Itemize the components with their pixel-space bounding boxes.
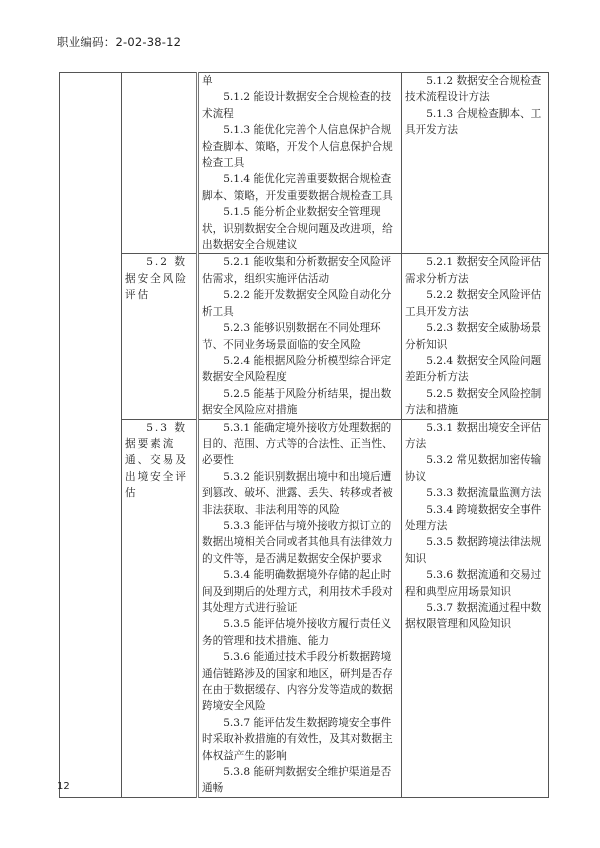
work-unit-cell — [122, 73, 198, 254]
skill-item: 5.2.4 能根据风险分析模型综合评定数据安全风险程度 — [202, 353, 398, 386]
skill-item: 5.3.6 能通过技术手段分析数据跨境通信链路涉及的国家和地区，研判是否存在由于… — [202, 649, 398, 715]
skill-item: 5.1.4 能优化完善重要数据合规检查脚本、策略，开发重要数据合规检查工具 — [202, 171, 398, 204]
skills-cell: 单 5.1.2 能设计数据安全合规检查的技术流程 5.1.3 能优化完善个人信息… — [198, 73, 402, 254]
knowledge-cell: 5.3.1 数据出境安全评估方法 5.3.2 常见数据加密传输协议 5.3.3 … — [402, 419, 549, 797]
knowledge-item: 5.2.1 数据安全风险评估需求分析方法 — [405, 254, 545, 287]
occupation-function-cell — [60, 73, 122, 798]
work-unit-cell: 5.2 数据安全风险评估 — [122, 254, 198, 419]
knowledge-item: 5.1.3 合规检查脚本、工具开发方法 — [405, 106, 545, 139]
knowledge-item: 5.3.1 数据出境安全评估方法 — [405, 420, 545, 453]
knowledge-item: 5.3.4 跨境数据安全事件处理方法 — [405, 502, 545, 535]
skill-item: 5.3.4 能明确数据境外存储的起止时间及到期后的处理方式，利用技术手段对其处理… — [202, 567, 398, 616]
skill-item: 5.3.3 能评估与境外接收方拟订立的数据出境相关合同或者其他具有法律效力的文件… — [202, 518, 398, 567]
skill-item: 5.3.8 能研判数据安全维护渠道是否通畅 — [202, 764, 398, 797]
knowledge-item: 5.3.3 数据流量监测方法 — [405, 485, 545, 501]
knowledge-cell: 5.2.1 数据安全风险评估需求分析方法 5.2.2 数据安全风险评估工具开发方… — [402, 254, 549, 419]
skill-item: 5.2.3 能够识别数据在不同处理环节、不同业务场景面临的安全风险 — [202, 320, 398, 353]
knowledge-item: 5.2.2 数据安全风险评估工具开发方法 — [405, 287, 545, 320]
knowledge-cell: 5.1.2 数据安全合规检查技术流程设计方法 5.1.3 合规检查脚本、工具开发… — [402, 73, 549, 254]
work-unit-title: 5.3 数据要素流通、交易及出境安全评估 — [125, 420, 193, 502]
knowledge-item: 5.3.2 常见数据加密传输协议 — [405, 452, 545, 485]
skill-item: 5.3.5 能评估境外接收方履行责任义务的管理和技术措施、能力 — [202, 616, 398, 649]
work-unit-cell: 5.3 数据要素流通、交易及出境安全评估 — [122, 419, 198, 797]
table-row: 5.3 数据要素流通、交易及出境安全评估 5.3.1 能确定境外接收方处理数据的… — [60, 419, 549, 797]
knowledge-item: 5.2.3 数据安全威胁场景分析知识 — [405, 320, 545, 353]
skill-item: 5.1.5 能分析企业数据安全管理现状，识别数据安全合规问题及改进项，给出数据安… — [202, 204, 398, 253]
table-row: 5.2 数据安全风险评估 5.2.1 能收集和分析数据安全风险评估需求，组织实施… — [60, 254, 549, 419]
page-number: 12 — [57, 781, 70, 792]
work-unit-title: 5.2 数据安全风险评估 — [125, 254, 193, 303]
table-row: 单 5.1.2 能设计数据安全合规检查的技术流程 5.1.3 能优化完善个人信息… — [60, 73, 549, 254]
knowledge-item: 5.3.6 数据流通和交易过程和典型应用场景知识 — [405, 567, 545, 600]
knowledge-item: 5.2.4 数据安全风险问题差距分析方法 — [405, 353, 545, 386]
knowledge-item: 5.3.5 数据跨境法律法规知识 — [405, 534, 545, 567]
skills-cell: 5.2.1 能收集和分析数据安全风险评估需求，组织实施评估活动 5.2.2 能开… — [198, 254, 402, 419]
skill-item: 5.2.2 能开发数据安全风险自动化分析工具 — [202, 287, 398, 320]
skill-item: 5.2.1 能收集和分析数据安全风险评估需求，组织实施评估活动 — [202, 254, 398, 287]
skill-item: 5.3.7 能评估发生数据跨境安全事件时采取补救措施的有效性，及其对数据主体权益… — [202, 715, 398, 764]
knowledge-item: 5.3.7 数据流通过程中数据权限管理和风险知识 — [405, 600, 545, 633]
knowledge-item: 5.2.5 数据安全风险控制方法和措施 — [405, 386, 545, 419]
standard-table: 单 5.1.2 能设计数据安全合规检查的技术流程 5.1.3 能优化完善个人信息… — [59, 72, 549, 798]
skill-item: 5.1.2 能设计数据安全合规检查的技术流程 — [202, 89, 398, 122]
skills-cell: 5.3.1 能确定境外接收方处理数据的目的、范围、方式等的合法性、正当性、必要性… — [198, 419, 402, 797]
skill-item: 5.1.3 能优化完善个人信息保护合规检查脚本、策略，开发个人信息保护合规检查工… — [202, 122, 398, 171]
skill-item: 5.3.1 能确定境外接收方处理数据的目的、范围、方式等的合法性、正当性、必要性 — [202, 420, 398, 469]
skills-continuation: 单 — [202, 73, 398, 89]
skill-item: 5.3.2 能识别数据出境中和出境后遭到篡改、破坏、泄露、丢失、转移或者被非法获… — [202, 469, 398, 518]
skill-item: 5.2.5 能基于风险分析结果，提出数据安全风险应对措施 — [202, 386, 398, 419]
knowledge-item: 5.1.2 数据安全合规检查技术流程设计方法 — [405, 73, 545, 106]
occupation-code-header: 职业编码：2-02-38-12 — [57, 34, 181, 50]
